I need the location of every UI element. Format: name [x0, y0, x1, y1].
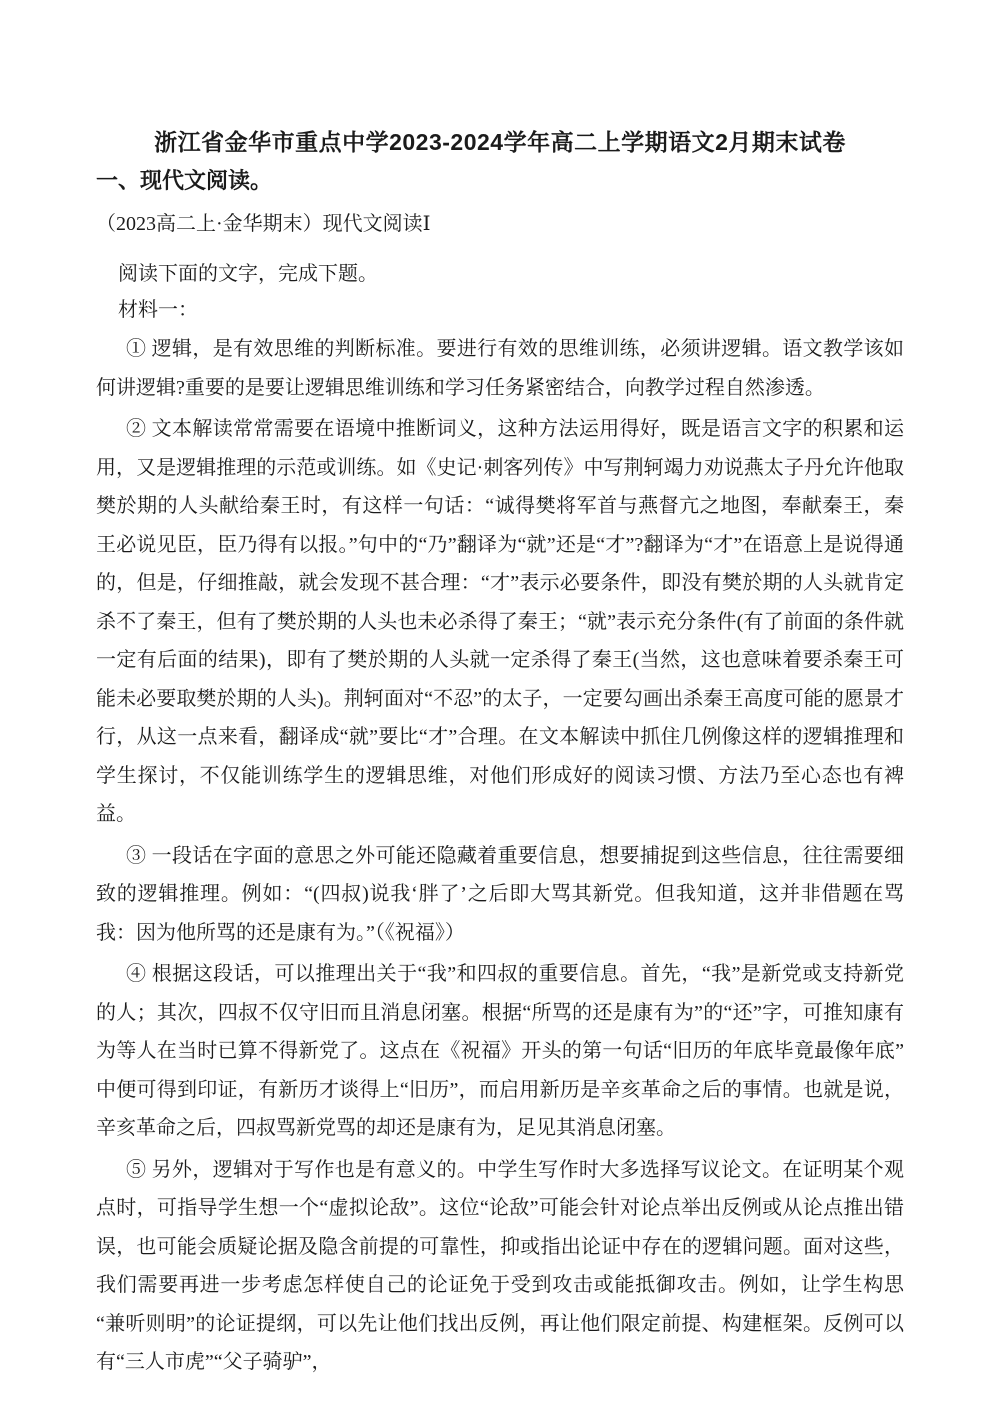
- exam-source-tag: （2023高二上·金华期末）: [96, 213, 323, 235]
- exam-source-line: （2023高二上·金华期末）现代文阅读Ⅰ: [96, 210, 904, 238]
- page-title: 浙江省金华市重点中学2023-2024学年高二上学期语文2月期末试卷: [96, 126, 904, 158]
- material-paragraph-3: ③ 一段话在字面的意思之外可能还隐藏着重要信息，想要捕捉到这些信息，往往需要细致…: [96, 837, 904, 953]
- exam-paper-page: 浙江省金华市重点中学2023-2024学年高二上学期语文2月期末试卷 一、现代文…: [0, 0, 1000, 1414]
- section-heading: 一、现代文阅读。: [96, 166, 904, 196]
- material-paragraph-1: ① 逻辑，是有效思维的判断标准。要进行有效的思维训练，必须讲逻辑。语文教学该如何…: [96, 330, 904, 407]
- material-paragraph-2: ② 文本解读常常需要在语境中推断词义，这种方法运用得好，既是语言文字的积累和运用…: [96, 410, 904, 834]
- reading-part-title: 现代文阅读Ⅰ: [323, 213, 431, 235]
- material-paragraph-4: ④ 根据这段话，可以推理出关于“我”和四叔的重要信息。首先，“我”是新党或支持新…: [96, 955, 904, 1148]
- material-paragraph-5: ⑤ 另外，逻辑对于写作也是有意义的。中学生写作时大多选择写议论文。在证明某个观点…: [96, 1151, 904, 1382]
- reading-instruction: 阅读下面的文字，完成下题。: [96, 260, 904, 288]
- material-label: 材料一：: [96, 296, 904, 324]
